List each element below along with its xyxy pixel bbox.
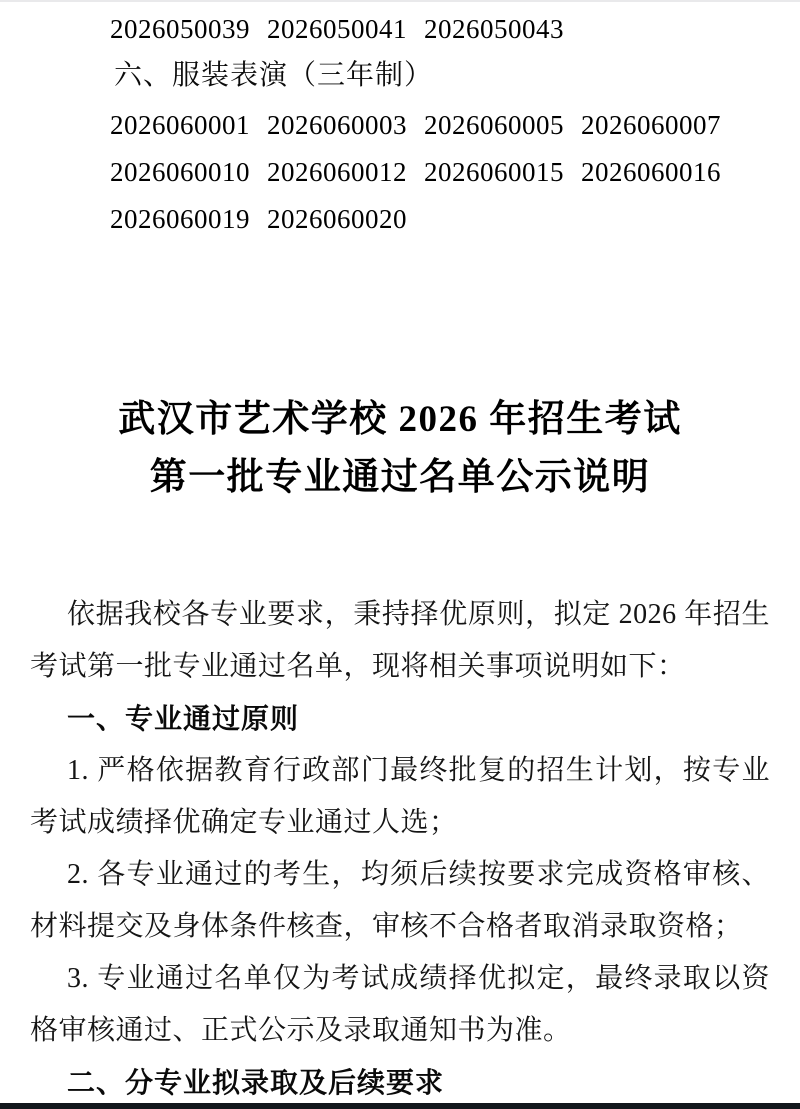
candidate-id: 2026060020 (267, 206, 424, 233)
roster-section-heading: 六、服装表演（三年制） (110, 58, 800, 112)
candidate-id: 2026060010 (110, 159, 267, 206)
top-hairline (0, 0, 800, 2)
candidate-id-row: 2026060019 2026060020 (110, 206, 800, 233)
intro-paragraph: 依据我校各专业要求，秉持择优原则，拟定 2026 年招生考试第一批专业通过名单，… (30, 589, 770, 693)
document-page: 2026050039 2026050041 2026050043 六、服装表演（… (0, 0, 800, 1109)
section1-heading: 一、专业通过原则 (30, 693, 770, 745)
candidate-id: 2026060005 (424, 112, 581, 159)
announcement-body: 依据我校各专业要求，秉持择优原则，拟定 2026 年招生考试第一批专业通过名单，… (30, 589, 770, 1109)
candidate-id: 2026060003 (267, 112, 424, 159)
candidate-roster: 2026050039 2026050041 2026050043 六、服装表演（… (0, 0, 800, 233)
candidate-id: 2026060001 (110, 112, 267, 159)
candidate-id: 2026050039 (110, 16, 267, 58)
candidate-id: 2026050041 (267, 16, 424, 58)
candidate-id-row: 2026050039 2026050041 2026050043 (110, 16, 800, 58)
section2-heading: 二、分专业拟录取及后续要求 (30, 1057, 770, 1109)
rule-item-2: 2. 各专业通过的考生，均须后续按要求完成资格审核、材料提交及身体条件核查，审核… (30, 849, 770, 953)
candidate-id: 2026060019 (110, 206, 267, 233)
candidate-id-row: 2026060010 2026060012 2026060015 2026060… (110, 159, 800, 206)
candidate-id: 2026060012 (267, 159, 424, 206)
bottom-dark-strip (0, 1103, 800, 1109)
candidate-id: 2026060015 (424, 159, 581, 206)
announcement-title-line1: 武汉市艺术学校 2026 年招生考试 (0, 391, 800, 449)
candidate-id: 2026050043 (424, 16, 581, 58)
candidate-id-row: 2026060001 2026060003 2026060005 2026060… (110, 112, 800, 159)
candidate-id: 2026060016 (581, 159, 738, 206)
rule-item-1: 1. 严格依据教育行政部门最终批复的招生计划，按专业考试成绩择优确定专业通过人选… (30, 745, 770, 849)
announcement-title: 武汉市艺术学校 2026 年招生考试 第一批专业通过名单公示说明 (0, 391, 800, 507)
announcement-title-line2: 第一批专业通过名单公示说明 (0, 449, 800, 507)
candidate-id: 2026060007 (581, 112, 738, 159)
rule-item-3: 3. 专业通过名单仅为考试成绩择优拟定，最终录取以资格审核通过、正式公示及录取通… (30, 953, 770, 1057)
